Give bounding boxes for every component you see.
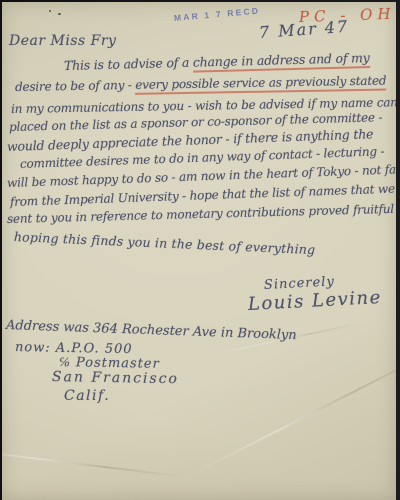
pencil-mark xyxy=(58,13,61,15)
body-line-2-text: desire to be of any - xyxy=(15,78,136,94)
received-date-stamp: MAR 1 7 RECD xyxy=(174,5,261,22)
salutation: Dear Miss Fry xyxy=(9,33,116,49)
body-line-1-text: This is to advise of a xyxy=(64,55,193,73)
letter-paper: MAR 1 7 RECD PC - OH 7 Mar 47 Dear Miss … xyxy=(2,2,396,500)
body-line-1: This is to advise of a change in address… xyxy=(64,50,370,73)
address-state-line: Calif. xyxy=(64,388,110,404)
body-line-10: hoping this finds you in the best of eve… xyxy=(14,229,316,257)
letter-date: 7 Mar 47 xyxy=(258,17,349,42)
pencil-mark xyxy=(49,10,51,12)
paper-crease xyxy=(2,449,181,478)
address-old-line: Address was 364 Rochester Ave in Brookly… xyxy=(6,318,297,343)
body-line-2-underlined-text: every possible service as previously sta… xyxy=(135,74,386,95)
address-city-line: San Francisco xyxy=(52,369,179,387)
scanned-letter: MAR 1 7 RECD PC - OH 7 Mar 47 Dear Miss … xyxy=(0,0,400,500)
paper-crease xyxy=(191,347,396,476)
body-line-1-underlined-text: change in address and of my xyxy=(193,50,370,73)
body-line-2: desire to be of any - every possible ser… xyxy=(15,74,387,94)
